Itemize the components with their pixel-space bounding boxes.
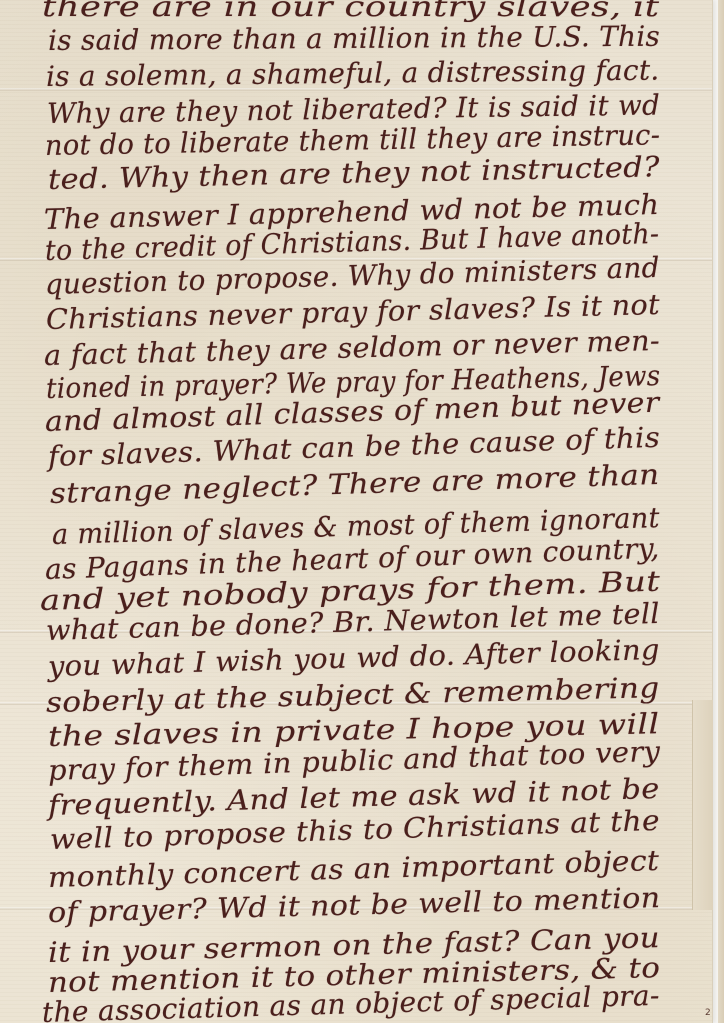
text-line: is said more than a million in the U.S. … (48, 20, 660, 58)
page-edge (718, 0, 724, 1023)
document-viewport: there are in our country slaves, it is s… (0, 0, 724, 1023)
handwritten-text: there are in our country slaves, it is s… (0, 0, 712, 1023)
manuscript-page: there are in our country slaves, it is s… (0, 0, 712, 1023)
text-line: is a solemn, a shameful, a distressing f… (46, 54, 660, 94)
page-mark: 2 (705, 1008, 711, 1018)
